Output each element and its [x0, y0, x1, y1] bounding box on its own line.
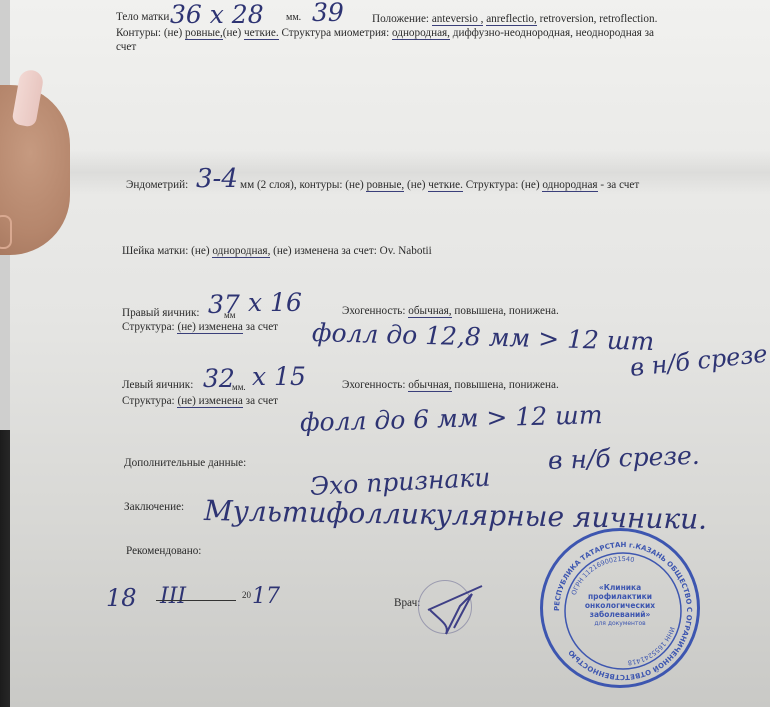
left-ovary-structure: Структура: (не) изменена за счет	[122, 394, 278, 408]
uterus-extra-handwritten: 39	[312, 0, 344, 27]
right-ovary-label: Правый яичник:	[122, 306, 200, 320]
date-month-underline	[156, 600, 236, 601]
left-ovary-unit: мм.	[232, 380, 246, 394]
conclusion-label: Заключение:	[124, 500, 184, 514]
stamp-center-text: «Клиника профилактики онкологических заб…	[543, 583, 697, 628]
uterus-body-line: Тело матки	[116, 10, 169, 24]
uterus-contours-line: Контуры: (не) ровные,(не) четкие. Структ…	[116, 26, 654, 40]
ring	[0, 215, 12, 249]
uterus-unit: мм.	[286, 11, 301, 25]
endometrium-label: Эндометрий:	[126, 178, 188, 192]
right-ovary-echo: Эхогенность: обычная, повышена, понижена…	[342, 304, 559, 318]
recommended-label: Рекомендовано:	[126, 544, 201, 558]
left-ovary-size-handwritten: 32	[203, 364, 235, 393]
clinic-stamp: РЕСПУБЛИКА ТАТАРСТАН г.КАЗАНЬ ОБЩЕСТВО С…	[540, 528, 700, 688]
position-retroversion: retroversion,	[540, 13, 597, 25]
left-ovary-label: Левый яичник:	[122, 378, 193, 392]
left-ovary-size2-handwritten: x 15	[252, 362, 306, 391]
position-anteversio: anteversio ,	[432, 13, 484, 26]
endometrium-value-handwritten: 3-4	[196, 164, 238, 194]
doctor-label: Врач:	[394, 596, 420, 610]
right-ovary-size2-handwritten: x 16	[248, 288, 302, 317]
position-anreflectio: anreflectio,	[486, 13, 537, 26]
endometrium-line: мм (2 слоя), контуры: (не) ровные, (не) …	[240, 178, 639, 192]
uterus-size-handwritten: 36 x 28	[170, 0, 264, 29]
date-month-handwritten: III	[160, 584, 186, 609]
date-year-prefix: 20	[242, 588, 251, 602]
left-ovary-note-handwritten-2: в н/б срезе.	[547, 441, 700, 475]
uterus-myometrium-tail: счет	[116, 40, 136, 54]
left-ovary-echo: Эхогенность: обычная, повышена, понижена…	[342, 378, 559, 392]
right-ovary-structure: Структура: (не) изменена за счет	[122, 320, 278, 334]
additional-data-label: Дополнительные данные:	[124, 456, 246, 470]
uterus-body-label: Тело матки	[116, 11, 169, 23]
date-year-handwritten: 17	[252, 584, 280, 609]
position-retroflection: retroflection.	[599, 13, 657, 25]
cervix-line: Шейка матки: (не) однородная, (не) измен…	[122, 244, 432, 258]
doctor-signature	[420, 580, 490, 640]
date-day-handwritten: 18	[106, 584, 137, 612]
uterus-position: Положение: anteversio , anreflectio, ret…	[372, 12, 657, 26]
